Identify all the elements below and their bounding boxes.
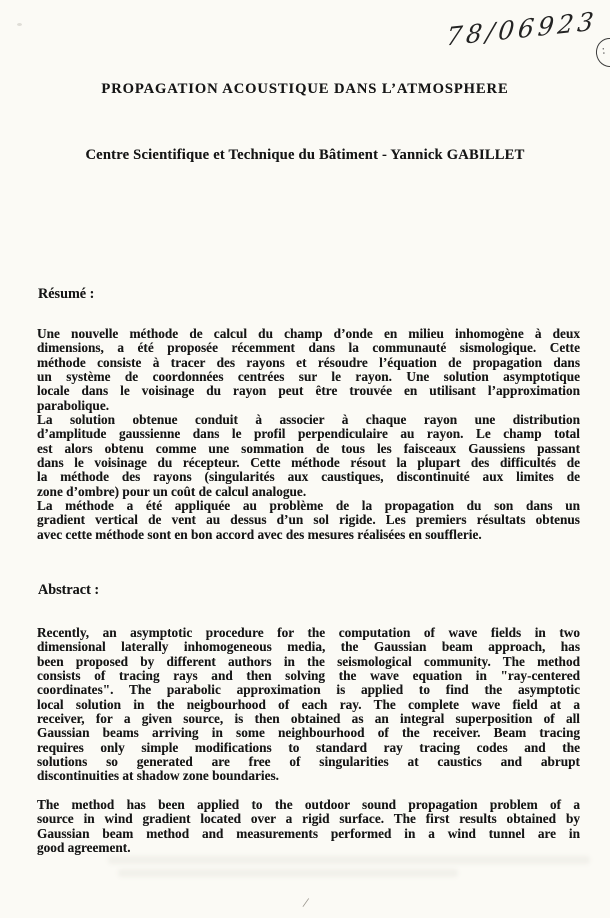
text-line: The method has been applied to the outdo… [37, 798, 580, 812]
text-line: un système de coordonnées centrées sur l… [37, 370, 580, 384]
text-line: discontinuities at shadow zone boundarie… [37, 769, 580, 783]
abstract-paragraph: Recently, an asymptotic procedure for th… [37, 626, 580, 784]
text-line: coordinates". The parabolic approximatio… [37, 683, 580, 697]
text-line: Une nouvelle méthode de calcul du champ … [37, 327, 580, 341]
text-line: dimensional laterally inhomogeneous medi… [37, 640, 580, 654]
resume-heading: Résumé : [38, 286, 94, 303]
scan-bottom-mark: / [303, 896, 308, 909]
scan-speck [17, 23, 22, 26]
circled-stamp-mark [594, 36, 610, 68]
scan-bleedthrough-smudge [118, 869, 458, 877]
text-line: source in wind gradient located over a r… [37, 812, 580, 826]
text-line: consists of tracing rays and then solvin… [37, 669, 580, 683]
text-line: La méthode a été appliquée au problème d… [37, 499, 580, 513]
text-line: Recently, an asymptotic procedure for th… [37, 626, 580, 640]
resume-paragraph: Une nouvelle méthode de calcul du champ … [37, 327, 580, 413]
text-line: avec cette méthode sont en bon accord av… [37, 528, 580, 542]
text-line: Gaussian beam method and measurements pe… [37, 827, 580, 841]
handwritten-reference-number: 78/06923 [445, 5, 607, 51]
resume-body: Une nouvelle méthode de calcul du champ … [37, 327, 580, 542]
text-line: gradient vertical de vent au dessus d’un… [37, 513, 580, 527]
text-line: good agreement. [37, 841, 580, 855]
text-line: la méthode des rayons (singularités aux … [37, 470, 580, 484]
text-line: receiver, for a given source, is then ob… [37, 712, 580, 726]
text-line: La solution obtenue conduit à associer à… [37, 413, 580, 427]
resume-paragraph: La méthode a été appliquée au problème d… [37, 499, 580, 542]
text-line: local solution in the neigbourhood of ea… [37, 698, 580, 712]
text-line: est alors obtenu comme une sommation de … [37, 442, 580, 456]
text-line: d’amplitude gaussienne dans le profil pe… [37, 427, 580, 441]
text-line: Gaussian beams arriving in some neighbou… [37, 726, 580, 740]
text-line: méthode consiste à tracer des rayons et … [37, 356, 580, 370]
document-title: PROPAGATION ACOUSTIQUE DANS L’ATMOSPHERE [0, 81, 610, 98]
scan-bleedthrough-smudge [108, 856, 590, 864]
resume-paragraph: La solution obtenue conduit à associer à… [37, 413, 580, 499]
abstract-body: Recently, an asymptotic procedure for th… [37, 626, 580, 856]
text-line: dimensions, a été proposée récemment dan… [37, 341, 580, 355]
text-line: zone d’ombre) pour un coût de calcul ana… [37, 485, 580, 499]
abstract-heading: Abstract : [38, 582, 99, 599]
abstract-paragraph: The method has been applied to the outdo… [37, 798, 580, 855]
text-line: dans le voisinage du récepteur. Cette mé… [37, 456, 580, 470]
text-line: been proposed by different authors in th… [37, 655, 580, 669]
text-line: solutions so generated are free of singu… [37, 755, 580, 769]
text-line: locale dans le voisinage du rayon peut ê… [37, 384, 580, 398]
text-line: requires only simple modifications to st… [37, 741, 580, 755]
document-byline: Centre Scientifique et Technique du Bâti… [0, 147, 610, 164]
text-line: parabolique. [37, 399, 580, 413]
scanned-document-page: 78/06923 PROPAGATION ACOUSTIQUE DANS L’A… [0, 0, 610, 918]
